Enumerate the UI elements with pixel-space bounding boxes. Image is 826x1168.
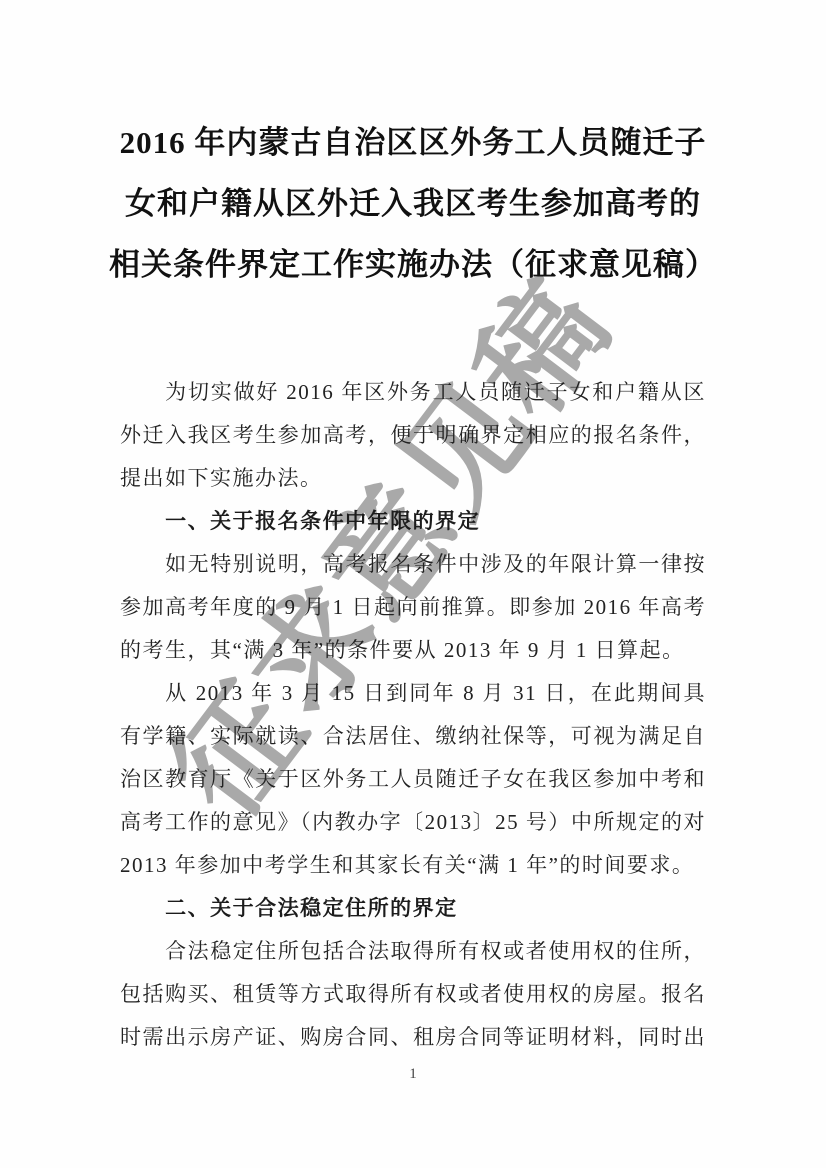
document-page: 征求意见稿 2016 年内蒙古自治区区外务工人员随迁子 女和户籍从区外迁入我区考… bbox=[0, 0, 826, 1168]
document-content: 2016 年内蒙古自治区区外务工人员随迁子 女和户籍从区外迁入我区考生参加高考的… bbox=[0, 112, 826, 1059]
document-body: 为切实做好 2016 年区外务工人员随迁子女和户籍从区外迁入我区考生参加高考，便… bbox=[120, 371, 706, 1059]
intro-paragraph: 为切实做好 2016 年区外务工人员随迁子女和户籍从区外迁入我区考生参加高考，便… bbox=[120, 371, 706, 500]
section-1-paragraph-1: 如无特别说明，高考报名条件中涉及的年限计算一律按参加高考年度的 9 月 1 日起… bbox=[120, 543, 706, 672]
document-title-line-3: 相关条件界定工作实施办法（征求意见稿） bbox=[58, 234, 768, 295]
document-title-line-1: 2016 年内蒙古自治区区外务工人员随迁子 bbox=[58, 112, 768, 173]
section-2-heading: 二、关于合法稳定住所的界定 bbox=[120, 887, 706, 930]
document-title-line-2: 女和户籍从区外迁入我区考生参加高考的 bbox=[58, 173, 768, 234]
section-1-heading: 一、关于报名条件中年限的界定 bbox=[120, 500, 706, 543]
page-number: 1 bbox=[0, 1066, 826, 1083]
document-title: 2016 年内蒙古自治区区外务工人员随迁子 女和户籍从区外迁入我区考生参加高考的… bbox=[58, 112, 768, 295]
section-1-paragraph-2: 从 2013 年 3 月 15 日到同年 8 月 31 日，在此期间具有学籍、实… bbox=[120, 672, 706, 887]
section-2-paragraph-1: 合法稳定住所包括合法取得所有权或者使用权的住所，包括购买、租赁等方式取得所有权或… bbox=[120, 930, 706, 1059]
